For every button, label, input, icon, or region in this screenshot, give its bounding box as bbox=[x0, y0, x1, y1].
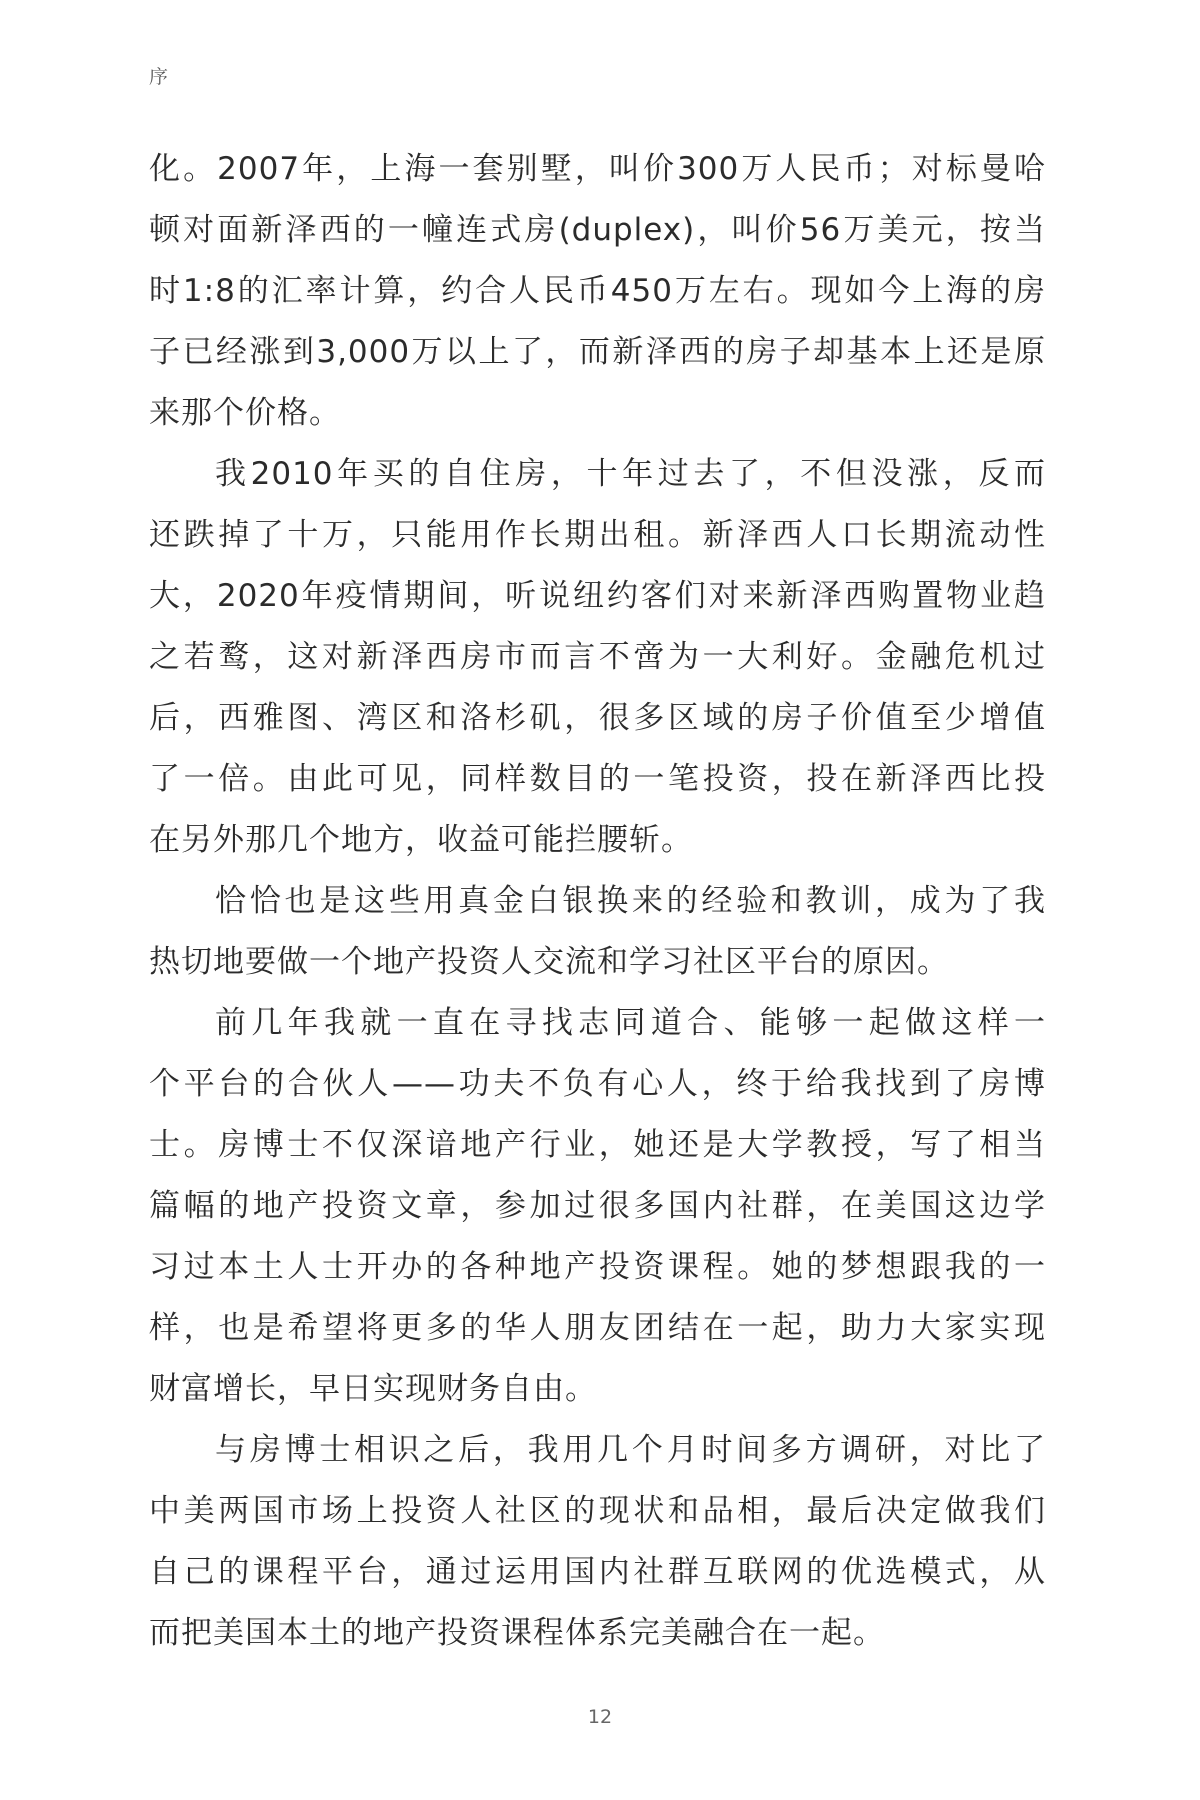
text-line: 后，西雅图、湾区和洛杉矶，很多区域的房子价值至少增值 bbox=[149, 688, 1046, 749]
text-line: 与房博士相识之后，我用几个月时间多方调研，对比了 bbox=[149, 1420, 1046, 1481]
text-line: 中美两国市场上投资人社区的现状和品相，最后决定做我们 bbox=[149, 1481, 1046, 1542]
text-line: 子已经涨到3,000万以上了，而新泽西的房子却基本上还是原 bbox=[149, 322, 1046, 383]
text-line: 个平台的合伙人——功夫不负有心人，终于给我找到了房博 bbox=[149, 1054, 1046, 1115]
book-page: 序 化。2007年，上海一套别墅，叫价300万人民币；对标曼哈 顿对面新泽西的一… bbox=[0, 0, 1200, 1800]
text-line: 而把美国本土的地产投资课程体系完美融合在一起。 bbox=[149, 1603, 1046, 1664]
text-line: 篇幅的地产投资文章，参加过很多国内社群，在美国这边学 bbox=[149, 1176, 1046, 1237]
text-line: 大，2020年疫情期间，听说纽约客们对来新泽西购置物业趋 bbox=[149, 566, 1046, 627]
text-line: 了一倍。由此可见，同样数目的一笔投资，投在新泽西比投 bbox=[149, 749, 1046, 810]
text-line: 之若鹜，这对新泽西房市而言不啻为一大利好。金融危机过 bbox=[149, 627, 1046, 688]
text-line: 化。2007年，上海一套别墅，叫价300万人民币；对标曼哈 bbox=[149, 139, 1046, 200]
running-header: 序 bbox=[149, 62, 168, 89]
text-line: 习过本土人士开办的各种地产投资课程。她的梦想跟我的一 bbox=[149, 1237, 1046, 1298]
text-line: 时1:8的汇率计算，约合人民币450万左右。现如今上海的房 bbox=[149, 261, 1046, 322]
text-line: 热切地要做一个地产投资人交流和学习社区平台的原因。 bbox=[149, 932, 1046, 993]
text-line: 财富增长，早日实现财务自由。 bbox=[149, 1359, 1046, 1420]
text-line: 我2010年买的自住房，十年过去了，不但没涨，反而 bbox=[149, 444, 1046, 505]
text-line: 恰恰也是这些用真金白银换来的经验和教训，成为了我 bbox=[149, 871, 1046, 932]
text-line: 在另外那几个地方，收益可能拦腰斩。 bbox=[149, 810, 1046, 871]
text-line: 来那个价格。 bbox=[149, 383, 1046, 444]
text-line: 前几年我就一直在寻找志同道合、能够一起做这样一 bbox=[149, 993, 1046, 1054]
page-number: 12 bbox=[0, 1706, 1200, 1728]
text-line: 样，也是希望将更多的华人朋友团结在一起，助力大家实现 bbox=[149, 1298, 1046, 1359]
text-line: 顿对面新泽西的一幢连式房(duplex)，叫价56万美元，按当 bbox=[149, 200, 1046, 261]
body-text: 化。2007年，上海一套别墅，叫价300万人民币；对标曼哈 顿对面新泽西的一幢连… bbox=[149, 139, 1046, 1664]
text-line: 自己的课程平台，通过运用国内社群互联网的优选模式，从 bbox=[149, 1542, 1046, 1603]
text-line: 还跌掉了十万，只能用作长期出租。新泽西人口长期流动性 bbox=[149, 505, 1046, 566]
text-line: 士。房博士不仅深谙地产行业，她还是大学教授，写了相当 bbox=[149, 1115, 1046, 1176]
